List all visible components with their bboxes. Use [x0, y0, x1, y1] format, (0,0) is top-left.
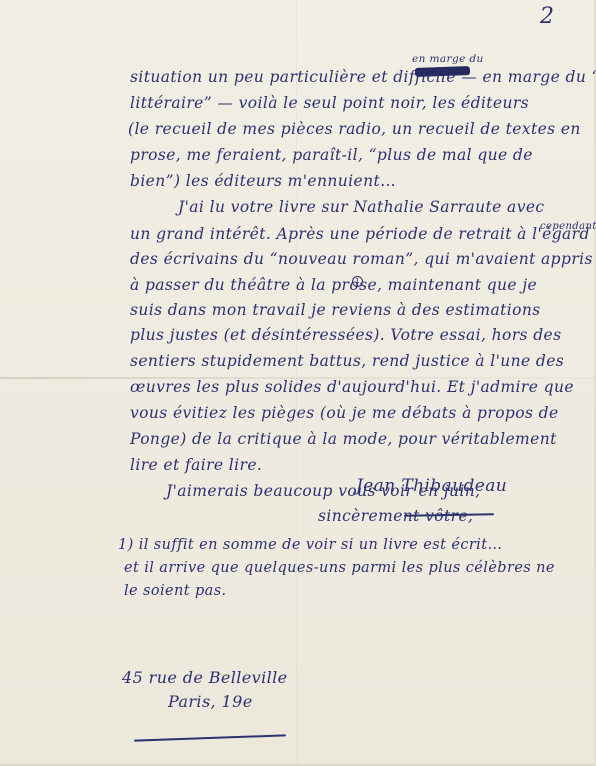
body-line-3: (le recueil de mes pièces radio, un recu… [128, 122, 581, 138]
footnote-line-2: et il arrive que quelques-uns parmi les … [124, 561, 555, 576]
body-line-13: œuvres les plus solides d'aujourd'hui. E… [130, 380, 574, 396]
body-line-9: à passer du théâtre à la prose, maintena… [130, 278, 537, 294]
body-line-15: Ponge) de la critique à la mode, pour vé… [130, 432, 557, 448]
body-line-14: vous évitiez les pièges (où je me débats… [130, 406, 559, 422]
address-underline [134, 734, 286, 741]
footnote-line-3: le soient pas. [124, 584, 227, 599]
body-line-12: sentiers stupidement battus, rend justic… [130, 354, 564, 370]
body-line-4: prose, me feraient, paraît-il, “plus de … [130, 148, 533, 164]
address-line-2: Paris, 19e [168, 694, 253, 710]
margin-insertion: en marge du [412, 54, 484, 65]
body-line-2: littéraire” — voilà le seul point noir, … [130, 96, 529, 112]
page-number: 2 [540, 6, 554, 28]
signature: Jean Thibaudeau [356, 478, 507, 495]
body-line-8: des écrivains du “nouveau roman”, qui m'… [130, 252, 593, 268]
body-line-6: J'ai lu votre livre sur Nathalie Sarraut… [178, 200, 545, 216]
body-line-16: lire et faire lire. [130, 458, 262, 474]
closing-line-2: sincèrement vôtre, [318, 509, 473, 525]
footnote-marker: 1 [352, 276, 363, 287]
body-line-10: suis dans mon travail je reviens à des e… [130, 303, 541, 319]
body-line-11: plus justes (et désintéressées). Votre e… [130, 328, 561, 344]
address-line-1: 45 rue de Belleville [122, 670, 288, 686]
body-line-7: un grand intérêt. Après une période de r… [130, 227, 590, 243]
letter-page: 2 en marge du situation un peu particuli… [0, 0, 596, 766]
footnote-line-1: 1) il suffit en somme de voir si un livr… [118, 538, 502, 553]
body-line-5: bien”) les éditeurs m'ennuient… [130, 174, 396, 190]
body-line-1: situation un peu particulière et diffici… [130, 70, 596, 86]
inserted-word: cependant [540, 222, 596, 232]
